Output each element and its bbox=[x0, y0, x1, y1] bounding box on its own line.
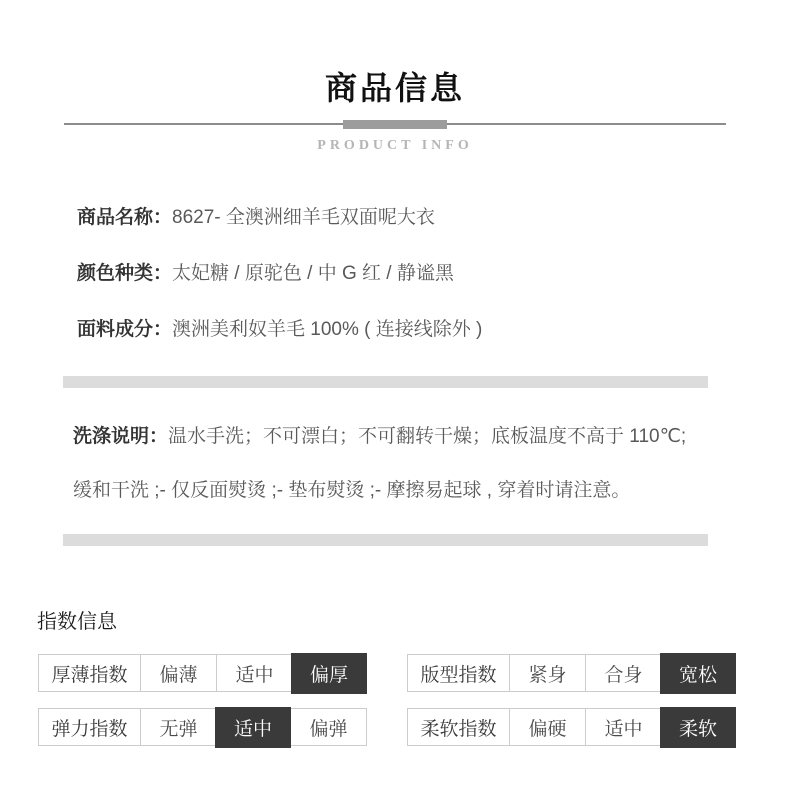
index-table-elasticity: 弹力指数 无弹 适中 偏弹 bbox=[38, 708, 367, 746]
info-label-color-types: 颜色种类： bbox=[77, 263, 172, 284]
care-line-1: 洗涤说明：温水手洗；不可漂白；不可翻转干燥；底板温度不高于 110℃; bbox=[73, 426, 750, 448]
index-grid: 厚薄指数 偏薄 适中 偏厚 版型指数 紧身 合身 宽松 弹力指数 无弹 适中 偏… bbox=[0, 654, 790, 746]
index-table-elasticity-label: 弹力指数 bbox=[39, 709, 140, 745]
info-value-product-name: 8627- 全澳洲细羊毛双面呢大衣 bbox=[172, 207, 435, 228]
section-divider-bottom bbox=[63, 534, 708, 546]
index-option: 合身 bbox=[585, 655, 661, 691]
index-option: 适中 bbox=[216, 655, 292, 691]
section-divider-top bbox=[63, 376, 708, 388]
info-section: 商品名称：8627- 全澳洲细羊毛双面呢大衣 颜色种类：太妃糖 / 原驼色 / … bbox=[0, 207, 790, 341]
care-label: 洗涤说明： bbox=[73, 426, 168, 447]
info-value-fabric-composition: 澳洲美利奴羊毛 100% ( 连接线除外 ) bbox=[172, 319, 482, 340]
info-value-color-types: 太妃糖 / 原驼色 / 中 G 红 / 静谧黑 bbox=[172, 263, 454, 284]
index-option-selected: 适中 bbox=[215, 707, 291, 748]
index-option: 偏弹 bbox=[290, 709, 366, 745]
index-table-softness: 柔软指数 偏硬 适中 柔软 bbox=[407, 708, 736, 746]
index-table-softness-label: 柔软指数 bbox=[408, 709, 509, 745]
page-subtitle: PRODUCT INFO bbox=[0, 139, 790, 153]
index-option: 无弹 bbox=[140, 709, 216, 745]
info-row-color-types: 颜色种类：太妃糖 / 原驼色 / 中 G 红 / 静谧黑 bbox=[77, 263, 790, 285]
divider-block bbox=[343, 120, 447, 129]
care-line-2: 缓和干洗 ;- 仅反面熨烫 ;- 垫布熨烫 ;- 摩擦易起球 , 穿着时请注意。 bbox=[73, 480, 750, 502]
info-label-fabric-composition: 面料成分： bbox=[77, 319, 172, 340]
info-row-product-name: 商品名称：8627- 全澳洲细羊毛双面呢大衣 bbox=[77, 207, 790, 229]
index-option-selected: 偏厚 bbox=[291, 653, 367, 694]
index-section-title: 指数信息 bbox=[37, 610, 790, 634]
care-text-1: 温水手洗；不可漂白；不可翻转干燥；底板温度不高于 110℃; bbox=[168, 426, 686, 447]
index-option: 偏薄 bbox=[140, 655, 216, 691]
care-section: 洗涤说明：温水手洗；不可漂白；不可翻转干燥；底板温度不高于 110℃; 缓和干洗… bbox=[0, 426, 790, 502]
index-option-selected: 柔软 bbox=[660, 707, 736, 748]
page-title: 商品信息 bbox=[0, 72, 790, 104]
index-table-fit: 版型指数 紧身 合身 宽松 bbox=[407, 654, 736, 692]
product-info-page: 商品信息 PRODUCT INFO 商品名称：8627- 全澳洲细羊毛双面呢大衣… bbox=[0, 0, 790, 793]
index-table-fit-label: 版型指数 bbox=[408, 655, 509, 691]
info-row-fabric-composition: 面料成分：澳洲美利奴羊毛 100% ( 连接线除外 ) bbox=[77, 319, 790, 341]
index-option: 紧身 bbox=[509, 655, 585, 691]
index-option: 适中 bbox=[585, 709, 661, 745]
index-option: 偏硬 bbox=[509, 709, 585, 745]
info-label-product-name: 商品名称： bbox=[77, 207, 172, 228]
index-table-thickness-label: 厚薄指数 bbox=[39, 655, 140, 691]
index-table-thickness: 厚薄指数 偏薄 适中 偏厚 bbox=[38, 654, 367, 692]
index-option-selected: 宽松 bbox=[660, 653, 736, 694]
header-divider bbox=[0, 120, 790, 129]
